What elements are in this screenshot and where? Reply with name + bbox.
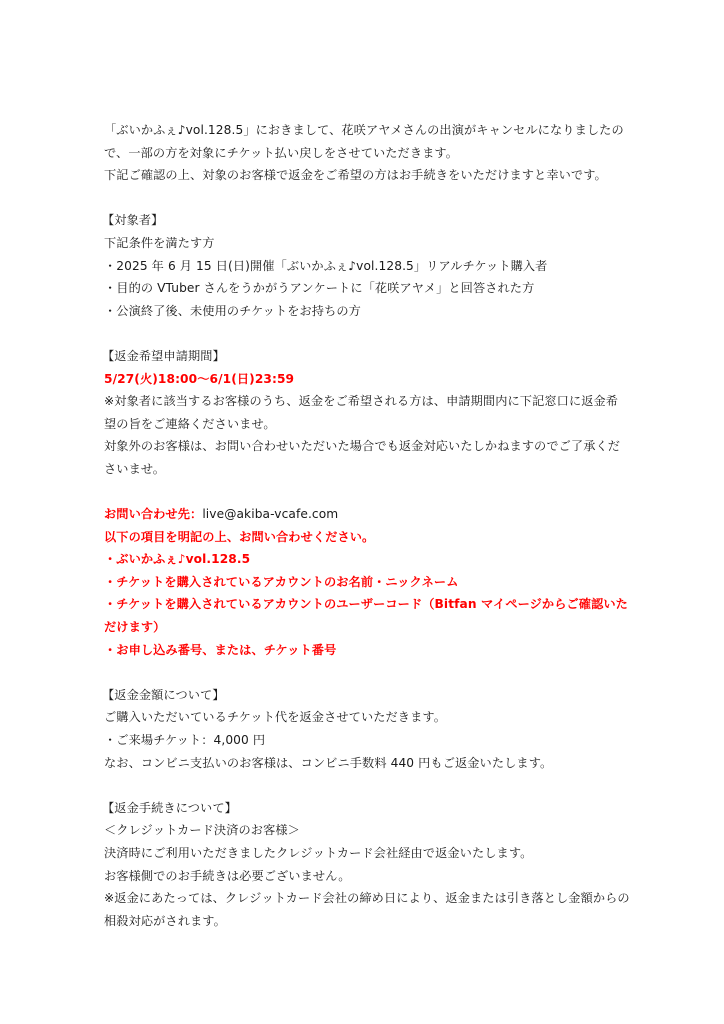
- refund-procedure-section: 【返金手続きについて】 ＜クレジットカード決済のお客様＞ 決済時にご利用いただき…: [104, 797, 622, 933]
- application-period-note: ※対象者に該当するお客様のうち、返金をご希望される方は、申請期間内に下記窓口に返…: [104, 390, 622, 413]
- contact-item: ・チケットを購入されているアカウントのお名前・ニックネーム: [104, 571, 622, 594]
- eligibility-lead: 下記条件を満たす方: [104, 232, 622, 255]
- refund-procedure-line: お客様側でのお手続きは必要ございません。: [104, 865, 622, 888]
- eligibility-item: ・目的の VTuber さんをうかがうアンケートに「花咲アヤメ」と回答された方: [104, 277, 622, 300]
- refund-amount-line: ご購入いただいているチケット代を返金させていただきます。: [104, 706, 622, 729]
- contact-label: お問い合わせ先：: [104, 507, 202, 521]
- eligibility-item: ・公演終了後、未使用のチケットをお持ちの方: [104, 300, 622, 323]
- intro-line: 下記ご確認の上、対象のお客様で返金をご希望の方はお手続きをいただけますと幸いです…: [104, 164, 622, 187]
- eligibility-heading: 【対象者】: [102, 209, 622, 232]
- refund-amount-section: 【返金金額について】 ご購入いただいているチケット代を返金させていただきます。 …: [104, 684, 622, 774]
- intro-section: 「ぶいかふぇ♪vol.128.5」におきまして、花咲アヤメさんの出演がキャンセル…: [104, 119, 622, 187]
- intro-line: 「ぶいかふぇ♪vol.128.5」におきまして、花咲アヤメさんの出演がキャンセル…: [104, 119, 622, 142]
- application-period-heading: 【返金希望申請期間】: [102, 345, 622, 368]
- contact-item: ・ぶいかふぇ♪vol.128.5: [104, 548, 622, 571]
- spacer: [104, 774, 622, 797]
- spacer: [104, 187, 622, 210]
- eligibility-item: ・2025 年 6 月 15 日(日)開催「ぶいかふぇ♪vol.128.5」リア…: [104, 255, 622, 278]
- refund-procedure-line: 決済時にご利用いただきましたクレジットカード会社経由で返金いたします。: [104, 842, 622, 865]
- application-period-section: 【返金希望申請期間】 5/27(火)18:00〜6/1(日)23:59 ※対象者…: [104, 345, 622, 481]
- eligibility-section: 【対象者】 下記条件を満たす方 ・2025 年 6 月 15 日(日)開催「ぶい…: [104, 209, 622, 322]
- application-period-dates: 5/27(火)18:00〜6/1(日)23:59: [104, 368, 622, 391]
- spacer: [104, 661, 622, 684]
- refund-procedure-line: ※返金にあたっては、クレジットカード会社の締め日により、返金または引き落とし金額…: [104, 887, 622, 910]
- refund-procedure-line: 相殺対応がされます。: [104, 910, 622, 933]
- contact-section: お問い合わせ先：live@akiba-vcafe.com 以下の項目を明記の上、…: [104, 503, 622, 661]
- refund-procedure-heading: 【返金手続きについて】: [102, 797, 622, 820]
- contact-line: お問い合わせ先：live@akiba-vcafe.com: [104, 503, 622, 526]
- application-period-note: 望の旨をご連絡くださいませ。: [104, 413, 622, 436]
- contact-item: だけます）: [104, 616, 622, 639]
- contact-item: ・お申し込み番号、または、チケット番号: [104, 639, 622, 662]
- refund-amount-line: なお、コンビニ支払いのお客様は、コンビニ手数料 440 円もご返金いたします。: [104, 752, 622, 775]
- refund-procedure-subheading: ＜クレジットカード決済のお客様＞: [104, 819, 622, 842]
- refund-amount-line: ・ご来場チケット：4,000 円: [104, 729, 622, 752]
- intro-line: で、一部の方を対象にチケット払い戻しをさせていただきます。: [104, 142, 622, 165]
- contact-email-link[interactable]: live@akiba-vcafe.com: [202, 507, 338, 521]
- application-period-note: 対象外のお客様は、お問い合わせいただいた場合でも返金対応いたしかねますのでご了承…: [104, 435, 622, 458]
- contact-instruction: 以下の項目を明記の上、お問い合わせください。: [104, 526, 622, 549]
- spacer: [104, 322, 622, 345]
- application-period-note: さいませ。: [104, 458, 622, 481]
- refund-amount-heading: 【返金金額について】: [102, 684, 622, 707]
- spacer: [104, 481, 622, 504]
- document-page: 「ぶいかふぇ♪vol.128.5」におきまして、花咲アヤメさんの出演がキャンセル…: [104, 119, 622, 932]
- contact-item: ・チケットを購入されているアカウントのユーザーコード（Bitfan マイページか…: [104, 593, 622, 616]
